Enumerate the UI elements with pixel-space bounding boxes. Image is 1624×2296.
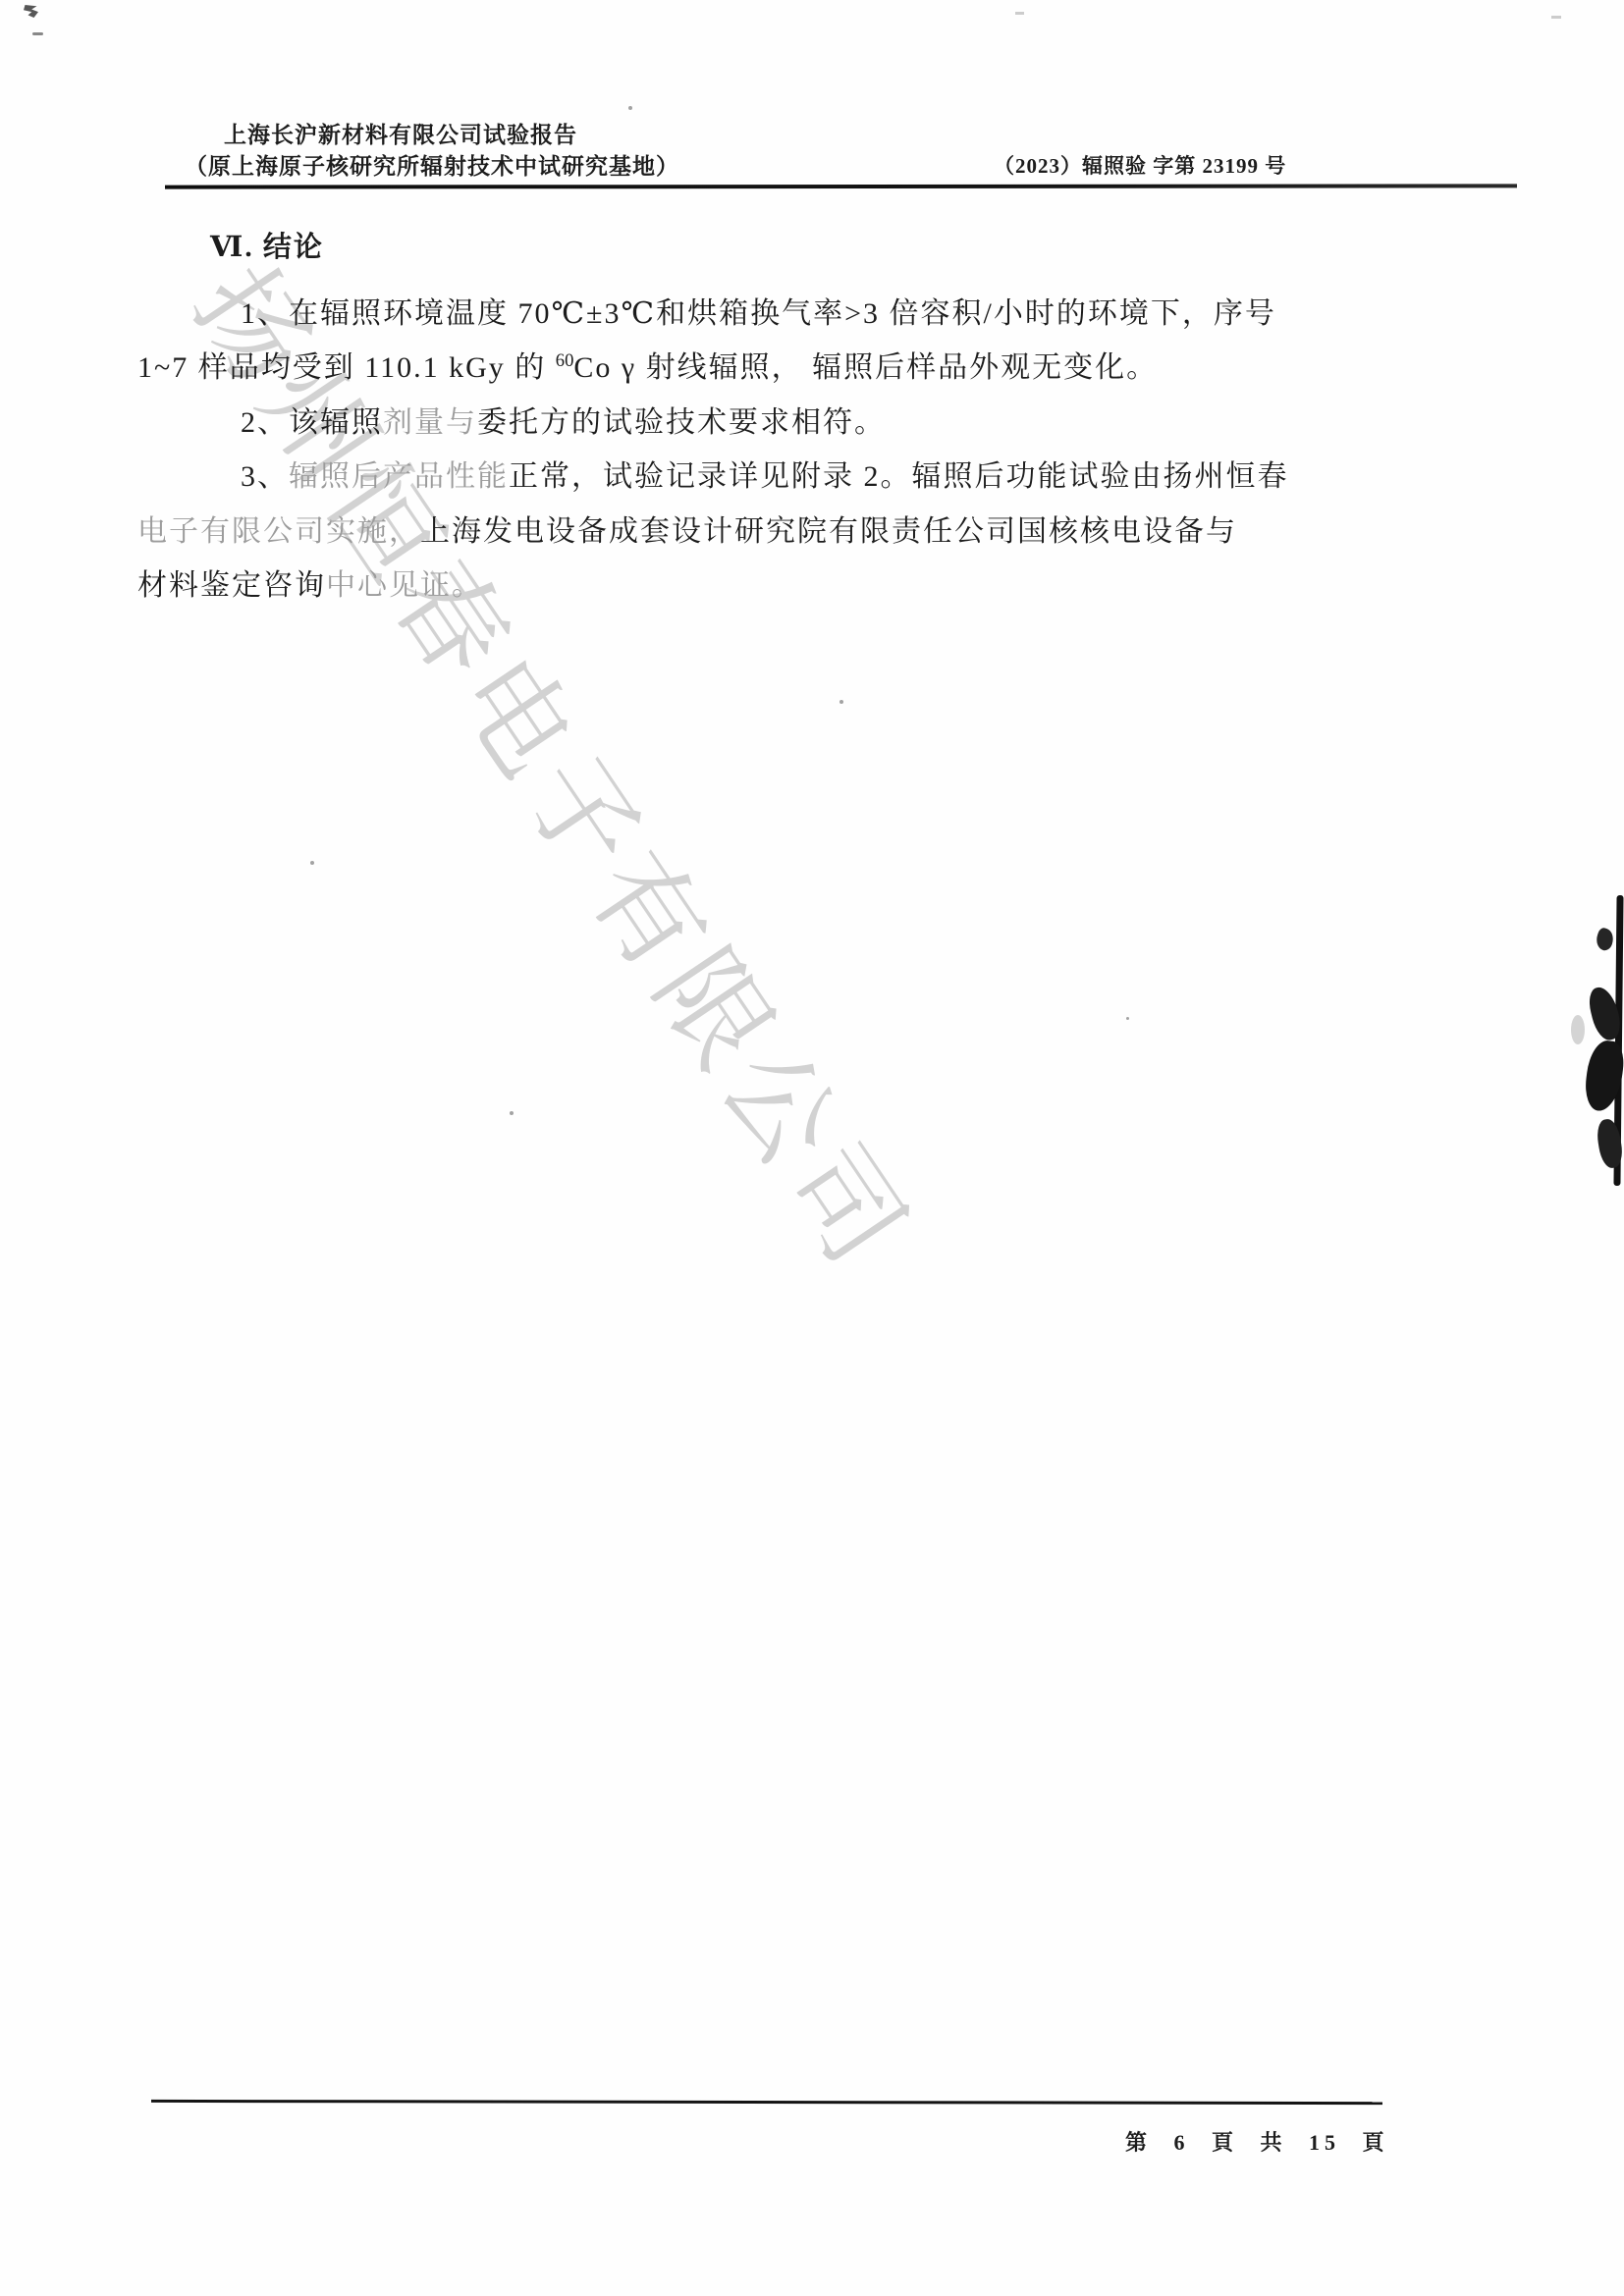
scan-artifact-top-left bbox=[24, 5, 38, 18]
item-3-segment-faded: 中心见证。 bbox=[326, 569, 483, 602]
section-title-conclusion: Ⅵ. 结论 bbox=[210, 225, 324, 265]
footer-divider bbox=[151, 2100, 1382, 2105]
conclusion-item-1-text: 1、在辐照环境温度 70℃±3℃和烘箱换气率>3 倍容积/小时的环境下，序号 bbox=[241, 297, 1276, 330]
report-subtitle: （原上海原子核研究所辐射技术中试研究基地） bbox=[185, 148, 679, 181]
report-title: 上海长沪新材料有限公司试验报告 bbox=[224, 117, 577, 149]
item-3-segment-faded: 辐照后产品性能 bbox=[289, 460, 509, 493]
conclusion-item-3-line-1: 3、辐照后产品性能正常，试验记录详见附录 2。辐照后功能试验由扬州恒春 bbox=[241, 452, 1289, 495]
conclusion-item-1-line-1: 1、在辐照环境温度 70℃±3℃和烘箱换气率>3 倍容积/小时的环境下，序号 bbox=[241, 289, 1276, 332]
conclusion-item-3-line-3: 材料鉴定咨询中心见证。 bbox=[137, 561, 483, 604]
item-2-segment-faded: 剂量与 bbox=[383, 406, 477, 439]
scan-artifact-top-right bbox=[1015, 12, 1024, 15]
item-3-segment: 上海发电设备成套设计研究院有限责任公司国核核电设备与 bbox=[420, 515, 1237, 548]
conclusion-item-1-line-2: 1~7 样品均受到 110.1 kGy 的 60Co γ 射线辐照， 辐照后样品… bbox=[137, 343, 1158, 386]
company-watermark: 扬州恒春电子有限公司 bbox=[164, 231, 954, 1296]
dose-text-pre: 1~7 样品均受到 110.1 kGy 的 bbox=[137, 351, 556, 384]
item-3-segment: 3、 bbox=[241, 460, 289, 493]
conclusion-item-2: 2、该辐照剂量与委托方的试验技术要求相符。 bbox=[241, 398, 886, 441]
dose-text-post: Co γ 射线辐照， 辐照后样品外观无变化。 bbox=[573, 351, 1158, 384]
scan-speck bbox=[628, 106, 632, 110]
item-3-segment: 材料鉴定咨询 bbox=[137, 569, 326, 602]
scan-speck bbox=[1126, 1017, 1129, 1020]
header-divider bbox=[165, 184, 1517, 188]
page-number: 第 6 頁 共 15 頁 bbox=[1125, 2126, 1389, 2157]
scan-speck bbox=[839, 700, 843, 704]
cobalt-isotope-superscript: 60 bbox=[556, 350, 574, 371]
conclusion-item-3-line-2: 电子有限公司实施，上海发电设备成套设计研究院有限责任公司国核核电设备与 bbox=[137, 507, 1237, 550]
item-2-segment: 委托方的试验技术要求相符。 bbox=[477, 406, 886, 439]
document-page: 扬州恒春电子有限公司 上海长沪新材料有限公司试验报告 （原上海原子核研究所辐射技… bbox=[0, 0, 1624, 2296]
scan-speck bbox=[310, 861, 314, 865]
scan-artifact-right-edge-mark bbox=[1594, 927, 1616, 952]
item-2-segment: 2、该辐照 bbox=[241, 406, 383, 439]
scan-speck bbox=[510, 1111, 514, 1115]
scan-artifact-right-edge-smudge bbox=[1571, 1015, 1585, 1044]
scan-artifact-top-right bbox=[1551, 16, 1561, 19]
item-3-segment-faded: 电子有限公司实施， bbox=[137, 515, 420, 548]
scan-artifact-top-left-dots bbox=[32, 32, 43, 35]
item-3-segment: 正常，试验记录详见附录 2。辐照后功能试验由扬州恒春 bbox=[509, 460, 1289, 493]
document-number: （2023）辐照验 字第 23199 号 bbox=[994, 150, 1286, 180]
